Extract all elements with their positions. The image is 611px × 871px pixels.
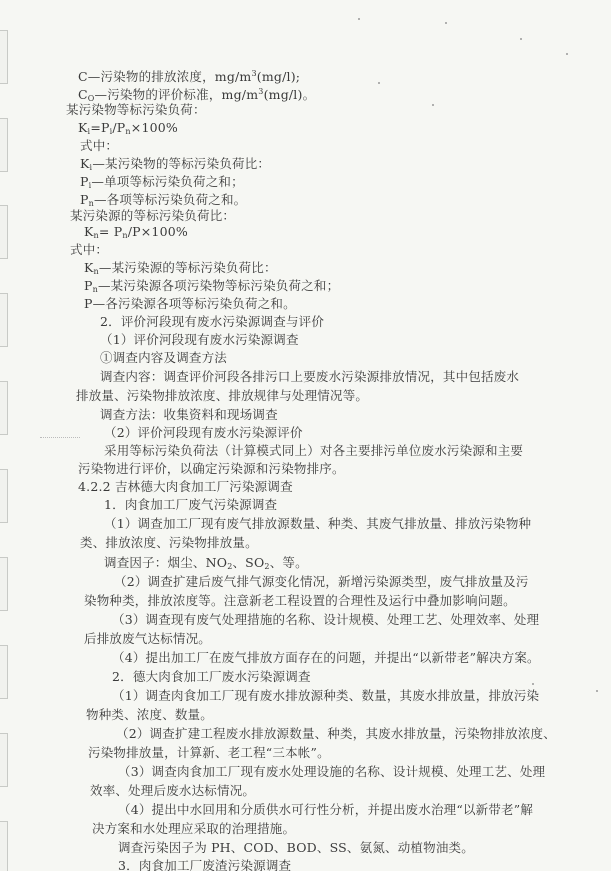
text-line: 调查因子：烟尘、NO2、SO2、等。: [104, 555, 308, 575]
line-text: （3）调查肉食加工厂现有废水处理设施的名称、设计规模、处理工艺、处理: [118, 764, 545, 779]
line-text: ①调查内容及调查方法: [100, 350, 227, 365]
text-line: 1．肉食加工厂废气污染源调查: [104, 497, 277, 513]
line-text: 某污染源的等标污染负荷比：: [70, 208, 235, 223]
line-text: P—各污染源各项等标污染负荷之和。: [84, 296, 296, 311]
scan-speck: [358, 18, 360, 20]
line-text: (mg/l);: [257, 69, 300, 84]
line-text: P: [80, 192, 89, 207]
line-text: 式中：: [80, 138, 118, 153]
text-line: （4）提出加工厂在废气排放方面存在的问题，并提出“以新带老”解决方案。: [112, 650, 540, 666]
line-text: P: [80, 174, 89, 189]
line-text: 2．评价河段现有废水污染源调查与评价: [100, 314, 324, 329]
binding-edge-mark: [0, 557, 8, 611]
text-line: Pi—单项等标污染负荷之和；: [80, 174, 244, 194]
line-text: 、等。: [270, 555, 308, 570]
binding-edge-mark: [0, 381, 8, 435]
line-text: 、SO: [232, 555, 264, 570]
line-text: 采用等标污染负荷法（计算模式同上）对各主要排污单位废水污染源和主要: [104, 443, 523, 458]
binding-edge-mark: [0, 733, 8, 787]
binding-edge-mark: [0, 469, 8, 523]
text-line: Ki=Pi/Pn×100%: [78, 120, 178, 140]
line-text: K: [78, 120, 88, 135]
line-text: （4）提出加工厂在废气排放方面存在的问题，并提出“以新带老”解决方案。: [112, 650, 540, 665]
text-line: 某污染源的等标污染负荷比：: [70, 208, 235, 224]
text-line: 后排放废气达标情况。: [84, 631, 211, 647]
scan-speck: [566, 53, 568, 55]
text-line: ①调查内容及调查方法: [100, 350, 227, 366]
text-line: 排放量、污染物排放浓度、排放规律与处理情况等。: [76, 388, 368, 404]
text-line: （3）调查现有废气处理措施的名称、设计规模、处理工艺、处理效率、处理: [112, 612, 539, 628]
scan-speck: [596, 690, 598, 692]
line-text: 1．肉食加工厂废气污染源调查: [104, 497, 277, 512]
line-text: —污染物的评价标准，mg/m: [95, 87, 259, 102]
line-text: 物种类、浓度、数量。: [86, 707, 213, 722]
line-text: 某污染物等标污染负荷：: [66, 102, 206, 117]
line-text: 调查方法：收集资料和现场调查: [100, 407, 278, 422]
line-text: 调查因子：烟尘、NO: [104, 555, 227, 570]
line-text: /P: [112, 120, 125, 135]
line-text: 污染物排放量，计算新、老工程“三本帐”。: [88, 745, 330, 760]
line-text: 排放量、污染物排放浓度、排放规律与处理情况等。: [76, 388, 368, 403]
text-line: Ki—某污染物的等标污染负荷比：: [80, 156, 270, 176]
line-text: K: [80, 156, 90, 171]
line-text: 染物种类，排放浓度等。注意新老工程设置的合理性及运行中叠加影响问题。: [84, 593, 516, 608]
text-line: 污染物排放量，计算新、老工程“三本帐”。: [88, 745, 330, 761]
binding-edge-mark: [0, 118, 8, 172]
binding-edge-mark: [0, 821, 8, 871]
line-text: 3．肉食加工厂废渣污染源调查: [118, 858, 291, 871]
line-text: =P: [90, 120, 109, 135]
text-line: 决方案和水处理应采取的治理措施。: [92, 821, 295, 837]
text-line: 调查内容：调查评价河段各排污口上要废水污染源排放情况，其中包括废水: [100, 369, 519, 385]
line-text: （2）调查扩建后废气排气源变化情况，新增污染源类型，废气排放量及污: [114, 574, 529, 589]
text-line: 染物种类，排放浓度等。注意新老工程设置的合理性及运行中叠加影响问题。: [84, 593, 516, 609]
text-line: 类、排放浓度、污染物排放量。: [80, 535, 258, 551]
text-line: 2．德大肉食加工厂废水污染源调查: [112, 669, 311, 685]
text-line: 采用等标污染负荷法（计算模式同上）对各主要排污单位废水污染源和主要: [104, 443, 523, 459]
scan-speck: [532, 683, 534, 685]
text-line: （2）调查扩建后废气排气源变化情况，新增污染源类型，废气排放量及污: [114, 574, 529, 590]
text-line: C—污染物的排放浓度，mg/m3(mg/l);: [78, 66, 300, 85]
line-text: K: [84, 260, 94, 275]
line-text: 式中：: [70, 242, 108, 257]
binding-edge-mark: [0, 293, 8, 347]
text-line: （1）评价河段现有废水污染源调查: [100, 332, 299, 348]
line-text: P: [84, 278, 93, 293]
text-line: 2．评价河段现有废水污染源调查与评价: [100, 314, 324, 330]
line-text: （1）评价河段现有废水污染源调查: [100, 332, 299, 347]
text-line: 物种类、浓度、数量。: [86, 707, 213, 723]
text-line: Kn—某污染源的等标污染负荷比：: [84, 260, 277, 280]
line-text: （3）调查现有废气处理措施的名称、设计规模、处理工艺、处理效率、处理: [112, 612, 539, 627]
line-text: （1）调查肉食加工厂现有废水排放源种类、数量，其废水排放量，排放污染: [112, 688, 539, 703]
line-text: （4）提出中水回用和分质供水可行性分析，并提出废水治理“以新带老”解: [118, 802, 533, 817]
text-line: 式中：: [80, 138, 118, 154]
text-line: 调查方法：收集资料和现场调查: [100, 407, 278, 423]
line-text: 决方案和水处理应采取的治理措施。: [92, 821, 295, 836]
line-text: C: [78, 87, 88, 102]
scanned-document-page: C—污染物的排放浓度，mg/m3(mg/l);CO—污染物的评价标准，mg/m3…: [0, 0, 611, 871]
binding-edge-mark: [0, 30, 8, 84]
text-line: 式中：: [70, 242, 108, 258]
line-text: 污染物进行评价，以确定污染源和污染物排序。: [78, 461, 345, 476]
text-line: （4）提出中水回用和分质供水可行性分析，并提出废水治理“以新带老”解: [118, 802, 533, 818]
text-line: （3）调查肉食加工厂现有废水处理设施的名称、设计规模、处理工艺、处理: [118, 764, 545, 780]
scan-speck: [445, 22, 447, 24]
binding-edge-mark: [0, 205, 8, 259]
line-text: —各项等标污染负荷之和。: [94, 192, 246, 207]
line-text: 调查内容：调查评价河段各排污口上要废水污染源排放情况，其中包括废水: [100, 369, 519, 384]
text-line: （1）调查肉食加工厂现有废水排放源种类、数量，其废水排放量，排放污染: [112, 688, 539, 704]
line-text: 类、排放浓度、污染物排放量。: [80, 535, 258, 550]
text-line: （2）调查扩建工程废水排放源数量、种类，其废水排放量，污染物排放浓度、: [116, 726, 556, 742]
text-line: 调查污染因子为 PH、COD、BOD、SS、氨氮、动植物油类。: [118, 840, 474, 856]
line-text: 后排放废气达标情况。: [84, 631, 211, 646]
line-text: 调查污染因子为 PH、COD、BOD、SS、氨氮、动植物油类。: [118, 840, 474, 855]
text-line: 4.2.2 吉林德大肉食加工厂污染源调查: [78, 479, 293, 495]
line-text: —单项等标污染负荷之和；: [91, 174, 243, 189]
line-text: （2）调查扩建工程废水排放源数量、种类，其废水排放量，污染物排放浓度、: [116, 726, 556, 741]
text-line: P—各污染源各项等标污染负荷之和。: [84, 296, 296, 312]
line-text: —某污染物的等标污染负荷比：: [92, 156, 270, 171]
line-text: = P: [99, 224, 122, 239]
text-line: （2）评价河段现有废水污染源评价: [104, 425, 303, 441]
line-text: （2）评价河段现有废水污染源评价: [104, 425, 303, 440]
scan-artifact-line: [40, 437, 80, 438]
line-text: ×100%: [131, 120, 178, 135]
text-line: 效率、处理后废水达标情况。: [90, 783, 255, 799]
line-text: 2．德大肉食加工厂废水污染源调查: [112, 669, 311, 684]
text-line: （1）调查加工厂现有废气排放源数量、种类、其废气排放量、排放污染物种: [104, 516, 531, 532]
text-line: Kn= Pn/P×100%: [84, 224, 188, 244]
line-text: （1）调查加工厂现有废气排放源数量、种类、其废气排放量、排放污染物种: [104, 516, 531, 531]
text-line: 3．肉食加工厂废渣污染源调查: [118, 858, 291, 871]
binding-edge-mark: [0, 645, 8, 699]
line-text: C—污染物的排放浓度，mg/m: [78, 69, 251, 84]
scan-speck: [520, 38, 522, 40]
line-text: /P×100%: [128, 224, 188, 239]
line-text: K: [84, 224, 94, 239]
line-text: —某污染源各项污染物等标污染负荷之和；: [98, 278, 339, 293]
line-text: 4.2.2 吉林德大肉食加工厂污染源调查: [78, 479, 293, 494]
line-text: —某污染源的等标污染负荷比：: [99, 260, 277, 275]
text-line: Pn—某污染源各项污染物等标污染负荷之和；: [84, 278, 339, 298]
line-text: (mg/l)。: [264, 87, 316, 102]
line-text: 效率、处理后废水达标情况。: [90, 783, 255, 798]
text-line: 污染物进行评价，以确定污染源和污染物排序。: [78, 461, 345, 477]
text-line: 某污染物等标污染负荷：: [66, 102, 206, 118]
scan-speck: [432, 104, 434, 106]
scan-speck: [378, 82, 380, 84]
